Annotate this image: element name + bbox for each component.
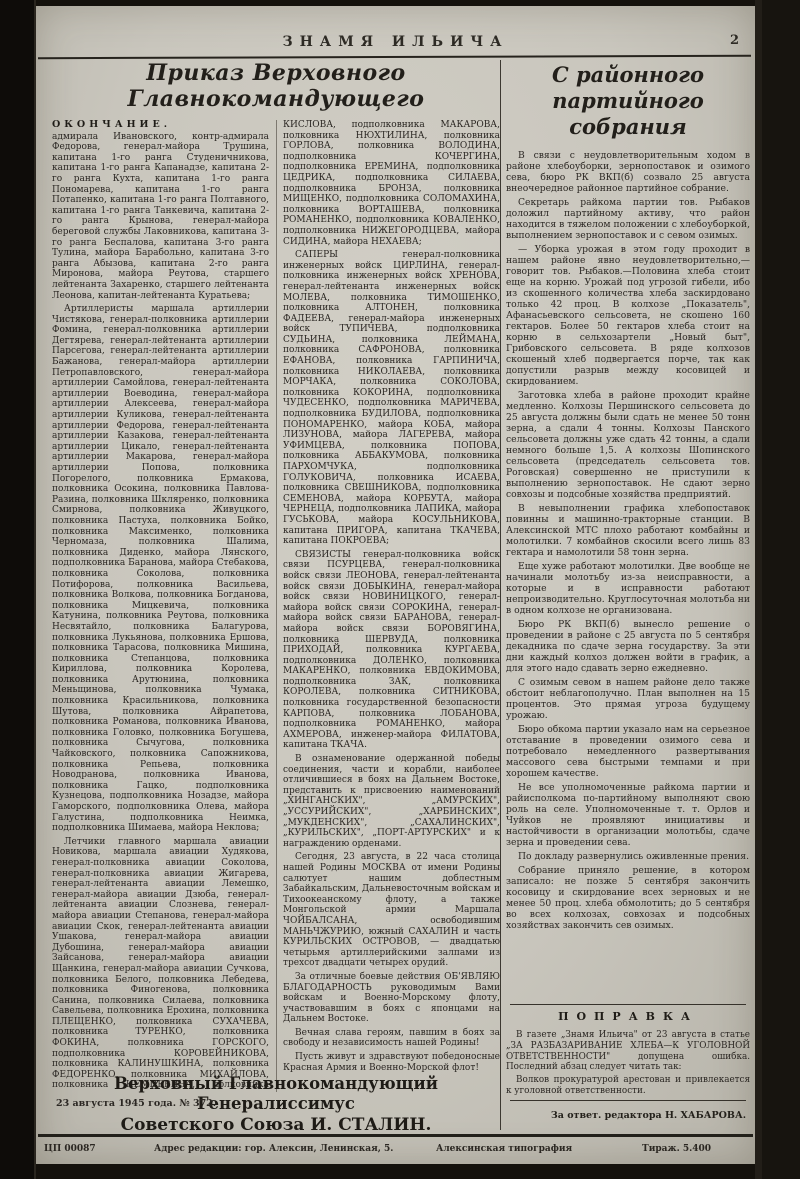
correction-heading: ПОПРАВКА xyxy=(506,1010,750,1023)
paragraph: В ознаменование одержанной победы соедин… xyxy=(283,754,500,849)
paragraph: Собрание приняло решение, в котором запи… xyxy=(506,865,750,931)
newspaper-scan: ЗНАМЯ ИЛЬИЧА 2 Приказ Верховного Главнок… xyxy=(0,0,800,1179)
order-article-body: ОКОНЧАНИЕ. адмирала Ивановского, контр-а… xyxy=(52,120,500,1092)
imprint-printer: Алексинская типография xyxy=(436,1144,572,1154)
signature-line-2: Советского Союза И. СТАЛИН. xyxy=(52,1114,500,1136)
paragraph: Вечная слава героям, павшим в боях за св… xyxy=(283,1028,500,1049)
paragraph: Артиллеристы маршала артиллерии Чистяков… xyxy=(52,304,269,834)
paragraph: Сегодня, 23 августа, в 22 часа столица н… xyxy=(283,852,500,969)
paragraph: Пусть живут и здравствуют победоносные К… xyxy=(283,1052,500,1073)
paragraph: Заготовка хлеба в районе проходит крайне… xyxy=(506,390,750,500)
paragraph: В связи с неудовлетворительным ходом в р… xyxy=(506,150,750,194)
paragraph: САПЕРЫ генерал-полковника инженерных вой… xyxy=(283,250,500,547)
paragraph: В невыполнении графика хлебопоставок пов… xyxy=(506,503,750,558)
paragraph: Секретарь райкома партии тов. Рыбаков до… xyxy=(506,197,750,241)
paragraph: За отличные боевые действия ОБ'ЯВЛЯЮ БЛА… xyxy=(283,972,500,1025)
order-date-number: 23 августа 1945 года. № 372. xyxy=(56,1098,216,1109)
page-number: 2 xyxy=(730,33,739,48)
header-rule xyxy=(38,55,751,59)
district-title-line-1: С районного xyxy=(506,62,750,88)
district-article-title: С районного партийного собрания xyxy=(506,62,750,140)
paragraph: Еще хуже работают молотилки. Две вообще … xyxy=(506,561,750,616)
district-title-line-2: партийного собрания xyxy=(506,88,750,140)
district-article-body: В связи с неудовлетворительным ходом в р… xyxy=(506,150,750,978)
paragraph: Бюро обкома партии указало нам на серьез… xyxy=(506,724,750,779)
paragraph: Волков прокуратурой арестован и привлека… xyxy=(506,1075,750,1097)
paragraph: — Уборка урожая в этом году проходит в н… xyxy=(506,244,750,387)
district-article: С районного партийного собрания В связи … xyxy=(506,62,750,978)
paragraph: В газете „Знамя Ильича" от 23 августа в … xyxy=(506,1030,750,1073)
imprint-line: ЦП 00087 Адрес редакции: гор. Алексин, Л… xyxy=(36,1144,755,1162)
correction-top-rule xyxy=(510,1004,746,1005)
signature-block: Верховный Главнокомандующий Генералиссим… xyxy=(52,1074,500,1136)
imprint-circulation: Тираж. 5.400 xyxy=(642,1144,711,1154)
paragraph: Бюро РК ВКП(б) вынесло решение о проведе… xyxy=(506,619,750,674)
column-divider-rule xyxy=(500,60,501,1130)
imprint-code: ЦП 00087 xyxy=(44,1144,96,1154)
imprint-address: Адрес редакции: гор. Алексин, Ленинская,… xyxy=(154,1144,393,1154)
paragraph: СВЯЗИСТЫ генерал-полковника войск связи … xyxy=(283,550,500,751)
newspaper-page: ЗНАМЯ ИЛЬИЧА 2 Приказ Верховного Главнок… xyxy=(36,6,755,1164)
footer-rule xyxy=(38,1134,753,1137)
editor-credit-line: За ответ. редактора Н. ХАБАРОВА. xyxy=(506,1110,746,1121)
correction-bottom-rule xyxy=(510,1100,746,1101)
paragraph: адмирала Ивановского, контр-адмирала Фед… xyxy=(52,132,269,302)
order-article-title: Приказ Верховного Главнокомандующего xyxy=(52,60,500,112)
paragraph: По докладу развернулись оживленные прени… xyxy=(506,851,750,862)
order-article: Приказ Верховного Главнокомандующего ОКО… xyxy=(52,60,500,1092)
continuation-label: ОКОНЧАНИЕ. xyxy=(52,120,269,131)
masthead-title: ЗНАМЯ ИЛЬИЧА xyxy=(36,34,755,50)
correction-body: В газете „Знамя Ильича" от 23 августа в … xyxy=(506,1030,750,1099)
paragraph: Не все уполномоченные райкома партии и р… xyxy=(506,782,750,848)
paragraph: С озимым севом в нашем районе дело также… xyxy=(506,677,750,721)
